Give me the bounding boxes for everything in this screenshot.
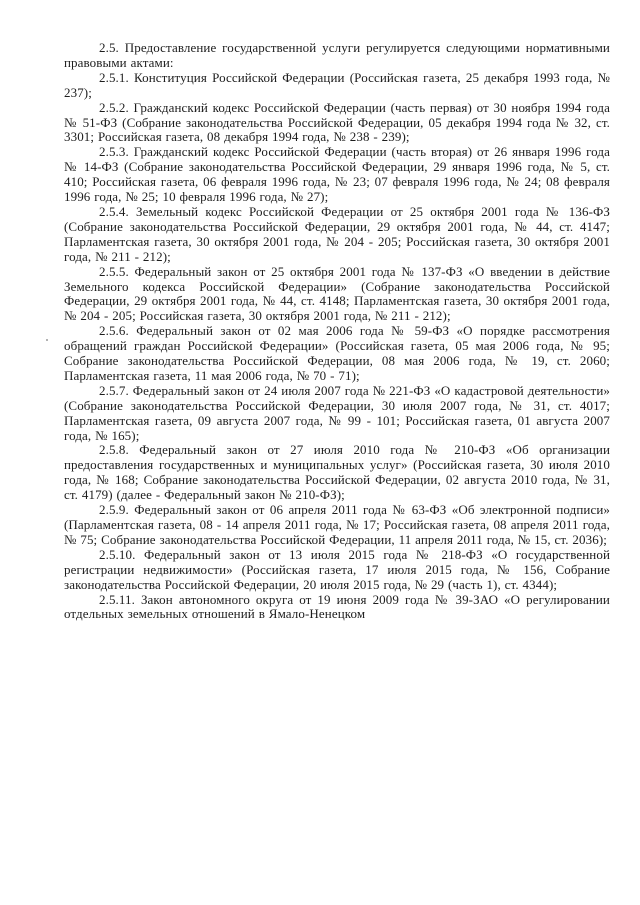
paragraph-2-5-2: 2.5.2. Гражданский кодекс Российской Фед…	[64, 101, 610, 146]
text-block: 2.5. Предоставление государственной услу…	[64, 41, 610, 622]
paragraph-2-5-5: 2.5.5. Федеральный закон от 25 октября 2…	[64, 265, 610, 325]
paragraph-2-5-6: 2.5.6. Федеральный закон от 02 мая 2006 …	[64, 324, 610, 384]
paragraph-2-5-10: 2.5.10. Федеральный закон от 13 июля 201…	[64, 548, 610, 593]
paragraph-2-5-9: 2.5.9. Федеральный закон от 06 апреля 20…	[64, 503, 610, 548]
paragraph-2-5-11: 2.5.11. Закон автономного округа от 19 и…	[64, 593, 610, 623]
paragraph-2-5-3: 2.5.3. Гражданский кодекс Российской Фед…	[64, 145, 610, 205]
paragraph-2-5-7: 2.5.7. Федеральный закон от 24 июля 2007…	[64, 384, 610, 444]
document-page: 2.5. Предоставление государственной услу…	[0, 0, 640, 905]
scan-artifact	[46, 339, 48, 341]
paragraph-2-5-8: 2.5.8. Федеральный закон от 27 июля 2010…	[64, 443, 610, 503]
paragraph-2-5-4: 2.5.4. Земельный кодекс Российской Федер…	[64, 205, 610, 265]
paragraph-2-5-1: 2.5.1. Конституция Российской Федерации …	[64, 71, 610, 101]
paragraph-2-5: 2.5. Предоставление государственной услу…	[64, 41, 610, 71]
